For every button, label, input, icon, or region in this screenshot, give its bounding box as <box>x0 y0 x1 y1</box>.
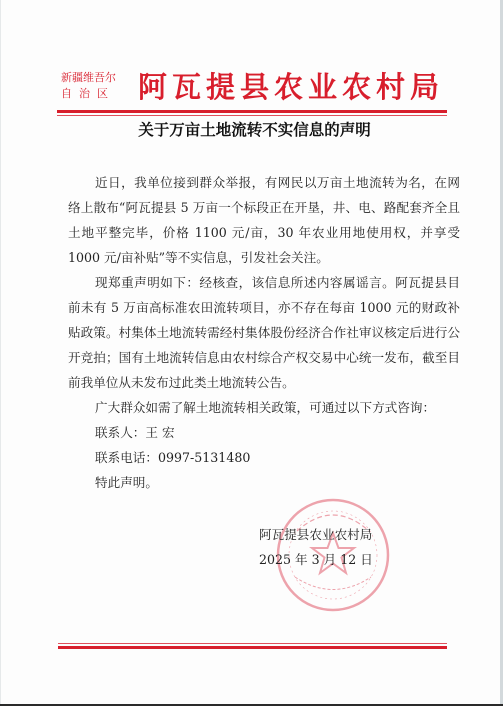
paragraph-1: 近日，我单位接到群众举报，有网民以万亩土地流转为名，在网络上散布“阿瓦提县 5 … <box>68 170 460 270</box>
document-body: 近日，我单位接到群众举报，有网民以万亩土地流转为名，在网络上散布“阿瓦提县 5 … <box>68 170 460 495</box>
region-line-2: 自治区 <box>61 86 125 102</box>
letterhead-rule-thin <box>57 115 447 116</box>
contact-person: 联系人：王 宏 <box>68 420 460 445</box>
paragraph-3: 广大群众如需了解土地流转相关政策，可通过以下方式咨询： <box>68 395 460 420</box>
signature-date: 2025 年 3 月 12 日 <box>259 547 373 572</box>
signature-block: 阿瓦提县农业农村局 2025 年 3 月 12 日 <box>259 522 373 572</box>
letterhead-organization: 阿瓦提县农业农村局 <box>138 68 444 106</box>
letterhead-region: 新疆维吾尔 自治区 <box>61 70 125 102</box>
letterhead-rule-thick <box>57 110 447 113</box>
paragraph-2: 现郑重声明如下：经核查，该信息所述内容属谣言。阿瓦提县目前未有 5 万亩高标准农… <box>68 270 460 395</box>
signature-organization: 阿瓦提县农业农村局 <box>259 522 373 547</box>
footer-rule-thin <box>58 643 447 644</box>
footer-rule-thick <box>58 646 447 649</box>
contact-phone: 联系电话：0997-5131480 <box>68 445 460 470</box>
document-page: 新疆维吾尔 自治区 阿瓦提县农业农村局 关于万亩土地流转不实信息的声明 近日，我… <box>0 0 503 706</box>
closing-statement: 特此声明。 <box>68 470 460 495</box>
region-line-1: 新疆维吾尔 <box>61 70 125 86</box>
document-title: 关于万亩土地流转不实信息的声明 <box>1 119 503 141</box>
